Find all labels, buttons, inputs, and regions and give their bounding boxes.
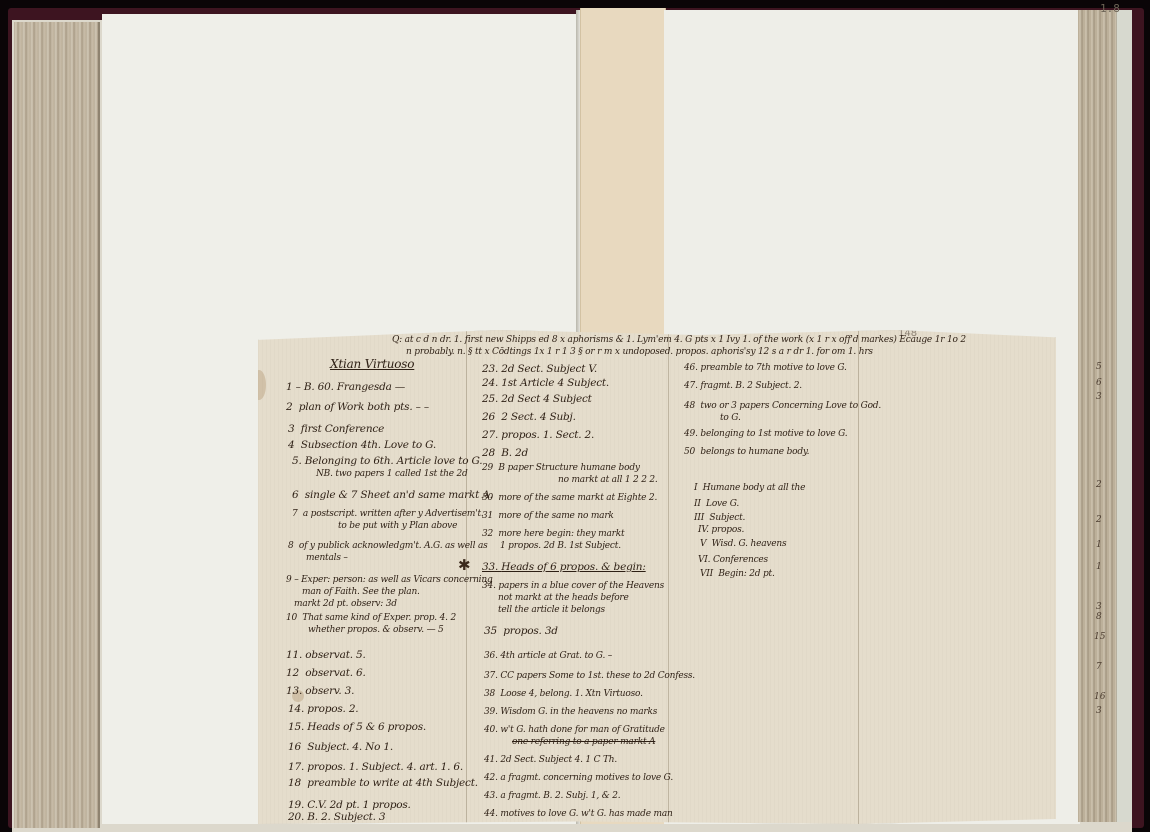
list-item: 37. CC papers Some to 1st. these to 2d C… [484, 672, 695, 681]
list-item-note: markt 2d pt. observ: 3d [294, 600, 397, 609]
right-flyleaf [1116, 10, 1132, 822]
list-item-note: to G. [720, 414, 741, 423]
margin-asterisk-marker: ✱ [458, 556, 471, 574]
list-item: 44. motives to love G. w't G. has made m… [484, 810, 673, 819]
list-item: 32 more here begin: they markt [482, 530, 624, 539]
list-item: 38 Loose 4, belong. 1. Xtn Virtuoso. [484, 690, 643, 699]
list-item: 40. w't G. hath done for man of Gratitud… [484, 726, 665, 735]
edge-number: 3 [1096, 602, 1102, 612]
manuscript-sheet: 148 Q: at c d n dr. 1. first new Shipps … [258, 330, 1056, 824]
list-item: 25. 2d Sect 4 Subject [482, 394, 592, 405]
list-item: 3 first Conference [288, 424, 384, 435]
edge-number: 1 [1096, 562, 1102, 572]
list-item: 46. preamble to 7th motive to love G. [684, 364, 847, 373]
edge-number: 15 [1094, 632, 1105, 642]
list-item: 30 more of the same markt at Eighte 2. [482, 494, 657, 503]
list-item: 36. 4th article at Grat. to G. – [484, 652, 612, 661]
list-item: 7 a postscript. written after y Advertis… [292, 510, 484, 519]
list-item: 6 single & 7 Sheet an'd same markt A. [292, 490, 493, 501]
list-item: 26 2 Sect. 4 Subj. [482, 412, 576, 423]
list-item: 8 of y publick acknowledgm't. A.G. as we… [288, 542, 488, 551]
outline-item: IV. propos. [698, 526, 744, 535]
edge-number: 16 [1094, 692, 1105, 702]
list-item: 2 plan of Work both pts. – – [286, 402, 429, 413]
list-item: 33. Heads of 6 propos. & begin: [482, 562, 646, 573]
outline-item: VI. Conferences [698, 556, 768, 565]
edge-number: 8 [1096, 612, 1102, 622]
list-item-note: mentals – [306, 554, 348, 563]
outline-item: III Subject. [694, 514, 745, 523]
list-item: 39. Wisdom G. in the heavens no marks [484, 708, 657, 717]
list-item: 14. propos. 2. [288, 704, 358, 715]
list-item-note: to be put with y Plan above [338, 522, 457, 531]
list-item: 49. belonging to 1st motive to love G. [684, 430, 847, 439]
list-item: 17. propos. 1. Subject. 4. art. 1. 6. [288, 762, 463, 773]
list-item: 35 propos. 3d [484, 626, 558, 637]
list-item: 4 Subsection 4th. Love to G. [288, 440, 436, 451]
list-item: 11. observat. 5. [286, 650, 366, 661]
list-item: 18 preamble to write at 4th Subject. [288, 778, 478, 789]
header-line-1: Q: at c d n dr. 1. first new Shipps ed 8… [392, 336, 966, 345]
list-item-note: 1 propos. 2d B. 1st Subject. [500, 542, 621, 551]
list-item: 27. propos. 1. Sect. 2. [482, 430, 594, 441]
list-item-note: one referring to a paper markt A [512, 738, 655, 747]
list-item: 42. a fragmt. concerning motives to love… [484, 774, 673, 783]
list-item-note: NB. two papers 1 called 1st the 2d [316, 470, 468, 479]
edge-number: 5 [1096, 362, 1102, 372]
list-item: 34. papers in a blue cover of the Heaven… [482, 582, 664, 591]
list-item: 19. C.V. 2d pt. 1 propos. [288, 800, 411, 811]
edge-number: 6 [1096, 378, 1102, 388]
list-item: 12 observat. 6. [286, 668, 366, 679]
edge-number: 2 [1096, 515, 1102, 525]
list-item-note: not markt at the heads before [498, 594, 629, 603]
outline-item: VII Begin: 2d pt. [700, 570, 775, 579]
edge-number: 3 [1096, 706, 1102, 716]
list-item: 47. fragmt. B. 2 Subject. 2. [684, 382, 802, 391]
list-item: 29 B paper Structure humane body [482, 464, 640, 473]
outline-item: I Humane body at all the [694, 484, 805, 493]
list-item: 9 – Exper: person: as well as Vicars con… [286, 576, 493, 585]
outline-item: V Wisd. G. heavens [700, 540, 786, 549]
list-item: 5. Belonging to 6th. Article love to G. [292, 456, 482, 467]
header-line-2: n probably. n. § tt x Cōdtings 1x 1 r 1 … [406, 348, 873, 357]
list-item: 1 – B. 60. Frangesda — [286, 382, 405, 393]
list-item: 15. Heads of 5 & 6 propos. [288, 722, 426, 733]
list-item: 41. 2d Sect. Subject 4. 1 C Th. [484, 756, 617, 765]
list-item: 10 That same kind of Exper. prop. 4. 2 [286, 614, 456, 623]
left-page-stack [14, 22, 100, 828]
list-item: 20. B. 2. Subject. 3 [288, 812, 385, 823]
edge-number: 2 [1096, 480, 1102, 490]
list-item: 28 B. 2d [482, 448, 528, 459]
list-item: 16 Subject. 4. No 1. [288, 742, 393, 753]
list-item: 48 two or 3 papers Concerning Love to Go… [684, 402, 881, 411]
list-item: 31 more of the same no mark [482, 512, 614, 521]
list-item-note: whether propos. & observ. — 5 [308, 626, 444, 635]
edge-number: 1 [1096, 540, 1102, 550]
list-item-note: tell the article it belongs [498, 606, 605, 615]
manuscript-title: Xtian Virtuoso [330, 358, 414, 370]
list-item: 43. a fragmt. B. 2. Subj. 1, & 2. [484, 792, 620, 801]
list-item-note: man of Faith. See the plan. [302, 588, 420, 597]
outline-item: II Love G. [694, 500, 739, 509]
list-item-note: no markt at all 1 2 2 2. [558, 476, 658, 485]
list-item: 50 belongs to humane body. [684, 448, 809, 457]
list-item: 13. observ. 3. [286, 686, 354, 697]
edge-number: 3 [1096, 392, 1102, 402]
right-page-stack: 5 6 3 2 2 1 1 3 8 15 7 16 3 [1078, 10, 1118, 822]
list-item: 23. 2d Sect. Subject V. [482, 364, 597, 375]
top-corner-mark: 1.8 [1100, 2, 1120, 15]
list-item: 24. 1st Article 4 Subject. [482, 378, 609, 389]
fold-line [668, 330, 669, 824]
edge-number: 7 [1096, 662, 1102, 672]
